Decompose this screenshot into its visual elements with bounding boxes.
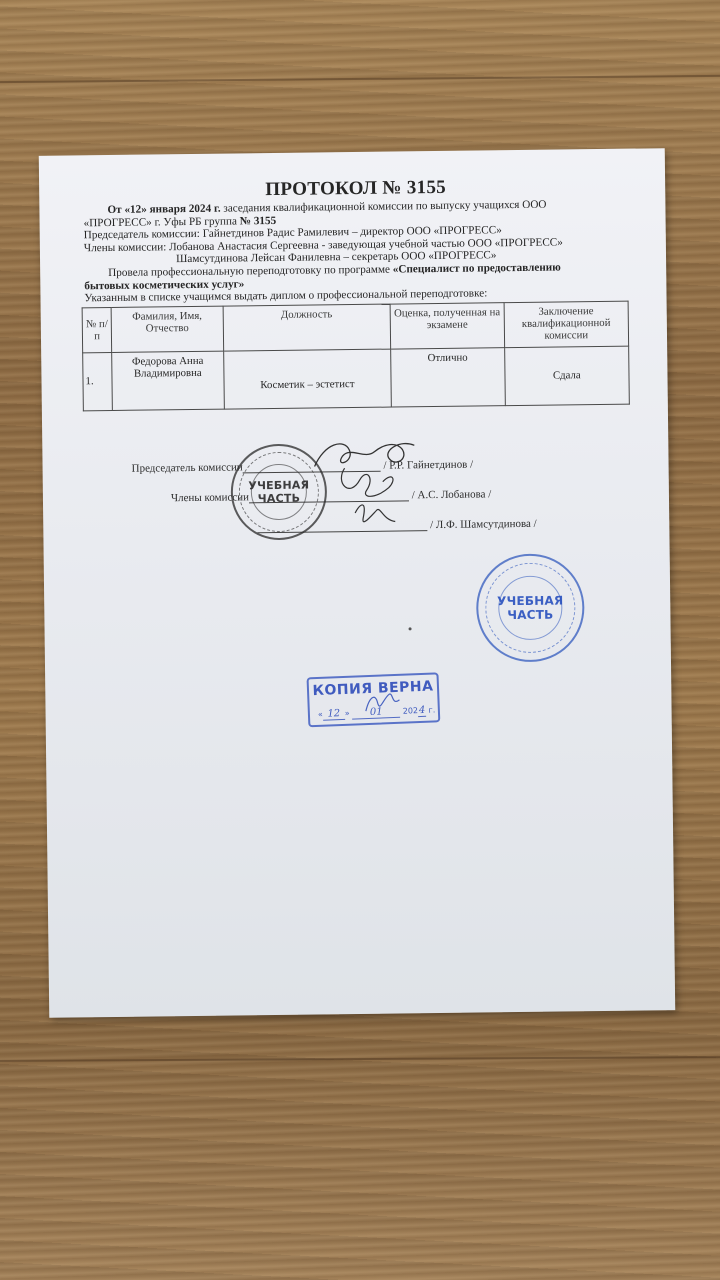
cell-number: 1. xyxy=(83,352,113,410)
stamp-text-line2: ЧАСТЬ xyxy=(248,492,309,506)
copy-day: 12 xyxy=(323,708,345,721)
wood-plank-seam xyxy=(0,75,720,83)
stamp-text: УЧЕБНАЯ ЧАСТЬ xyxy=(248,479,309,506)
table-row: 1. Федорова Анна Владимировна Косметик –… xyxy=(83,346,630,411)
protocol-date: От «12» января 2024 г. xyxy=(107,203,220,216)
protocol-document: ПРОТОКОЛ № 3155 От «12» января 2024 г. з… xyxy=(39,148,675,1018)
cell-full-name: Федорова Анна Владимировна xyxy=(112,351,224,410)
paper-speck xyxy=(409,627,412,630)
stamp-text: УЧЕБНАЯ ЧАСТЬ xyxy=(497,593,564,622)
copy-certified-stamp: КОПИЯ ВЕРНА «12» 01 2024 г. xyxy=(307,672,441,727)
copy-year-suffix: 4 xyxy=(418,705,426,717)
group-number: № 3155 xyxy=(240,215,277,227)
program-name: «Специалист по предоставлению xyxy=(393,261,561,275)
wood-plank-seam xyxy=(0,1056,720,1062)
table-header-row: № п/п Фамилия, Имя, Отчество Должность О… xyxy=(82,301,629,353)
copy-stamp-signature xyxy=(361,688,402,720)
group-text: «ПРОГРЕСС» г. Уфы РБ группа xyxy=(84,215,240,229)
stamp-text-line1: УЧЕБНАЯ xyxy=(497,593,563,608)
round-stamp-blue: УЧЕБНАЯ ЧАСТЬ xyxy=(476,553,585,662)
stamp-text-line1: УЧЕБНАЯ xyxy=(248,479,309,493)
header-number: № п/п xyxy=(82,307,112,352)
header-commission-conclusion: Заключение квалификационной комиссии xyxy=(504,301,629,348)
chairman-label: Председатель комиссии xyxy=(132,461,243,474)
member2-name: / Л.Ф. Шамсутдинова / xyxy=(430,518,537,531)
graduates-table: № п/п Фамилия, Имя, Отчество Должность О… xyxy=(82,300,630,411)
header-exam-grade: Оценка, полученная на экзамене xyxy=(390,302,504,348)
stamp-text-line2: ЧАСТЬ xyxy=(497,607,563,622)
program-name-cont: бытовых косметических услуг» xyxy=(84,278,244,292)
document-content: ПРОТОКОЛ № 3155 От «12» января 2024 г. з… xyxy=(83,175,631,411)
header-full-name: Фамилия, Имя, Отчество xyxy=(111,306,223,352)
header-position: Должность xyxy=(223,304,391,351)
cell-position: Косметик – эстетист xyxy=(223,349,391,409)
cell-grade: Отлично xyxy=(391,347,505,406)
copy-year-prefix: 202 xyxy=(403,706,419,716)
cell-conclusion: Сдала xyxy=(504,346,629,406)
copy-year-end: г. xyxy=(428,705,435,714)
signatures-block: Председатель комиссии / Р.Р. Гайнетдинов… xyxy=(87,457,632,464)
